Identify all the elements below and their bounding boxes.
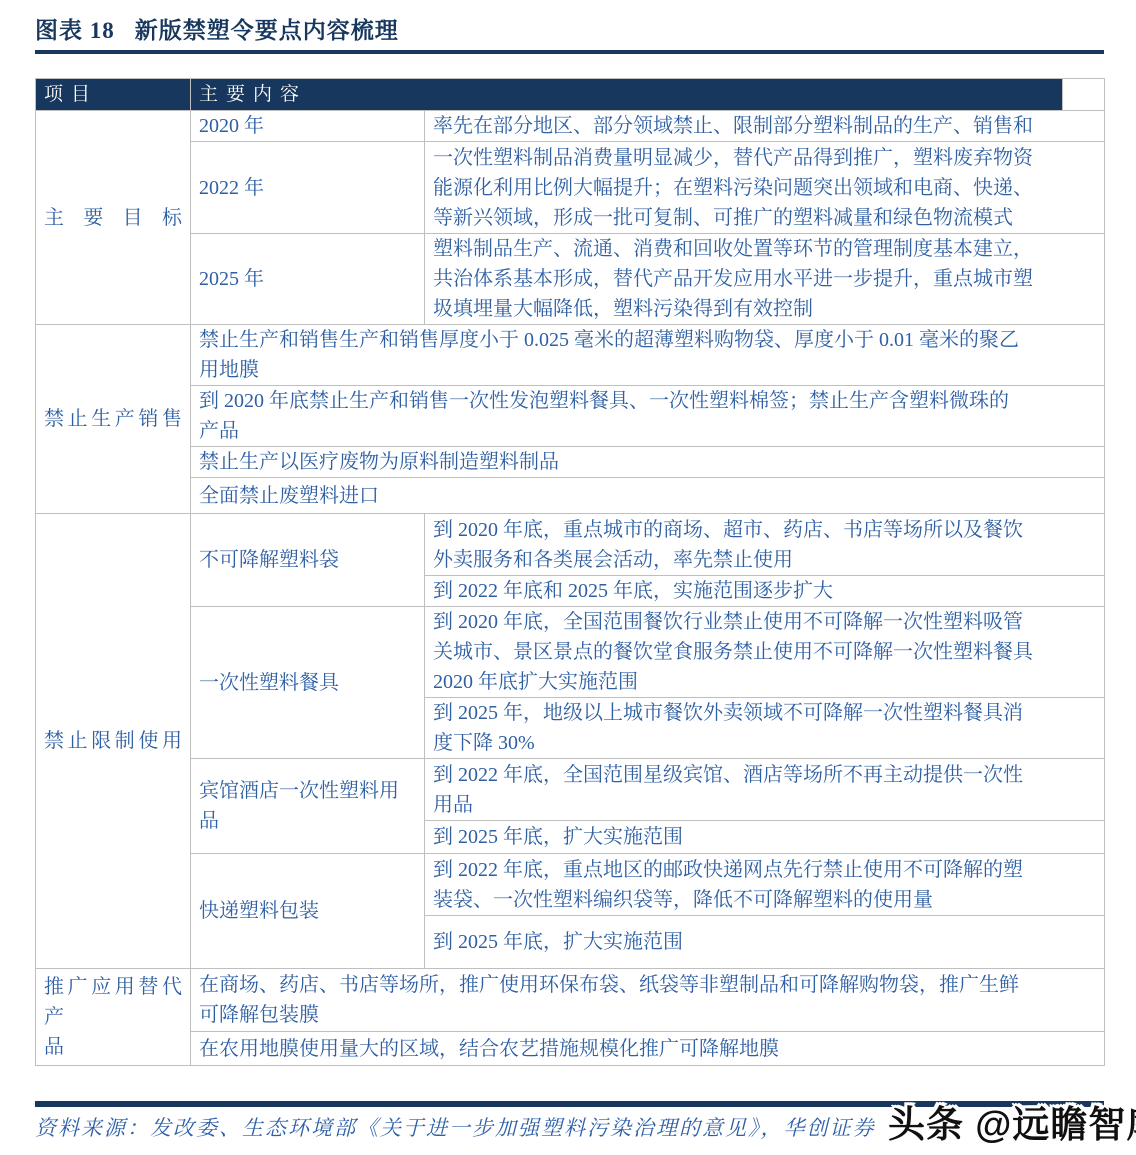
content-cell: 到 2020 年底禁止生产和销售一次性发泡塑料餐具、一次性塑料棉签；禁止生产含塑… [191,386,1105,447]
content-cell: 到 2025 年，地级以上城市餐饮外卖领域不可降解一次性塑料餐具消 度下降 30… [425,698,1105,759]
table-row: 全面禁止废塑料进口 [36,478,1105,514]
content-cell: 率先在部分地区、部分领域禁止、限制部分塑料制品的生产、销售和 [425,111,1105,142]
category-label-hotel-items: 宾馆酒店一次性塑料用 品 [191,759,425,854]
figure-title: 图表 18新版禁塑令要点内容梳理 [35,12,399,45]
content-cell: 到 2020 年底，重点城市的商场、超市、药店、书店等场所以及餐饮 外卖服务和各… [425,514,1105,576]
section-label-alternatives: 推广应用替代产 品 [36,969,191,1066]
table-row: 2025 年 塑料制品生产、流通、消费和回收处置等环节的管理制度基本建立， 共治… [36,234,1105,325]
table-row: 禁止生产以医疗废物为原料制造塑料制品 [36,447,1105,478]
table-header-row: 项目 主要内容 [36,79,1105,111]
sub-label-2022: 2022 年 [191,142,425,234]
header-cell-item: 项目 [36,79,191,111]
content-cell: 到 2025 年底，扩大实施范围 [425,916,1105,969]
category-label-plastic-bags: 不可降解塑料袋 [191,514,425,607]
figure-title-text: 新版禁塑令要点内容梳理 [135,18,399,43]
table-row: 2022 年 一次性塑料制品消费量明显减少，替代产品得到推广，塑料废弃物资 能源… [36,142,1105,234]
source-note: 资料来源：发改委、生态环境部《关于进一步加强塑料污染治理的意见》，华创证券 [35,1112,876,1142]
category-label-express-packaging: 快递塑料包装 [191,854,425,969]
table-row: 禁止限制使用 不可降解塑料袋 到 2020 年底，重点城市的商场、超市、药店、书… [36,514,1105,576]
content-cell: 全面禁止废塑料进口 [191,478,1105,514]
section-label-goals: 主要目标 [36,111,191,325]
category-label-tableware: 一次性塑料餐具 [191,607,425,759]
table-row: 快递塑料包装 到 2022 年底，重点地区的邮政快递网点先行禁止使用不可降解的塑… [36,854,1105,916]
content-cell: 到 2020 年底，全国范围餐饮行业禁止使用不可降解一次性塑料吸管 关城市、景区… [425,607,1105,698]
report-page: 图表 18新版禁塑令要点内容梳理 项目 主要内容 主要目标 2020 年 率先在… [0,0,1136,1155]
content-cell: 在农用地膜使用量大的区域，结合农艺措施规模化推广可降解地膜 [191,1032,1105,1066]
plastic-ban-table: 项目 主要内容 主要目标 2020 年 率先在部分地区、部分领域禁止、限制部分塑… [35,78,1105,1066]
content-cell: 到 2022 年底，全国范围星级宾馆、酒店等场所不再主动提供一次性 用品 [425,759,1105,821]
table-row: 主要目标 2020 年 率先在部分地区、部分领域禁止、限制部分塑料制品的生产、销… [36,111,1105,142]
header-cell-stub [1063,79,1105,111]
table-row: 在农用地膜使用量大的区域，结合农艺措施规模化推广可降解地膜 [36,1032,1105,1066]
table-row: 一次性塑料餐具 到 2020 年底，全国范围餐饮行业禁止使用不可降解一次性塑料吸… [36,607,1105,698]
section-label-ban-use: 禁止限制使用 [36,514,191,969]
header-cell-content: 主要内容 [191,79,1063,111]
table-row: 到 2020 年底禁止生产和销售一次性发泡塑料餐具、一次性塑料棉签；禁止生产含塑… [36,386,1105,447]
figure-number: 图表 18 [35,18,115,43]
sub-label-2025: 2025 年 [191,234,425,325]
content-cell: 在商场、药店、书店等场所，推广使用环保布袋、纸袋等非塑制品和可降解购物袋，推广生… [191,969,1105,1032]
content-cell: 禁止生产和销售生产和销售厚度小于 0.025 毫米的超薄塑料购物袋、厚度小于 0… [191,325,1105,386]
table-row: 禁止生产销售 禁止生产和销售生产和销售厚度小于 0.025 毫米的超薄塑料购物袋… [36,325,1105,386]
watermark-toutiao-yuanzhan: 头条 @远瞻智库 [888,1094,1136,1148]
title-underline [35,50,1104,54]
section-label-ban-production: 禁止生产销售 [36,325,191,514]
content-cell: 到 2022 年底，重点地区的邮政快递网点先行禁止使用不可降解的塑 装袋、一次性… [425,854,1105,916]
content-cell: 到 2022 年底和 2025 年底，实施范围逐步扩大 [425,576,1105,607]
content-cell: 一次性塑料制品消费量明显减少，替代产品得到推广，塑料废弃物资 能源化利用比例大幅… [425,142,1105,234]
table-row: 宾馆酒店一次性塑料用 品 到 2022 年底，全国范围星级宾馆、酒店等场所不再主… [36,759,1105,821]
content-cell: 到 2025 年底，扩大实施范围 [425,821,1105,854]
sub-label-2020: 2020 年 [191,111,425,142]
table-row: 推广应用替代产 品 在商场、药店、书店等场所，推广使用环保布袋、纸袋等非塑制品和… [36,969,1105,1032]
content-cell: 禁止生产以医疗废物为原料制造塑料制品 [191,447,1105,478]
content-cell: 塑料制品生产、流通、消费和回收处置等环节的管理制度基本建立， 共治体系基本形成，… [425,234,1105,325]
